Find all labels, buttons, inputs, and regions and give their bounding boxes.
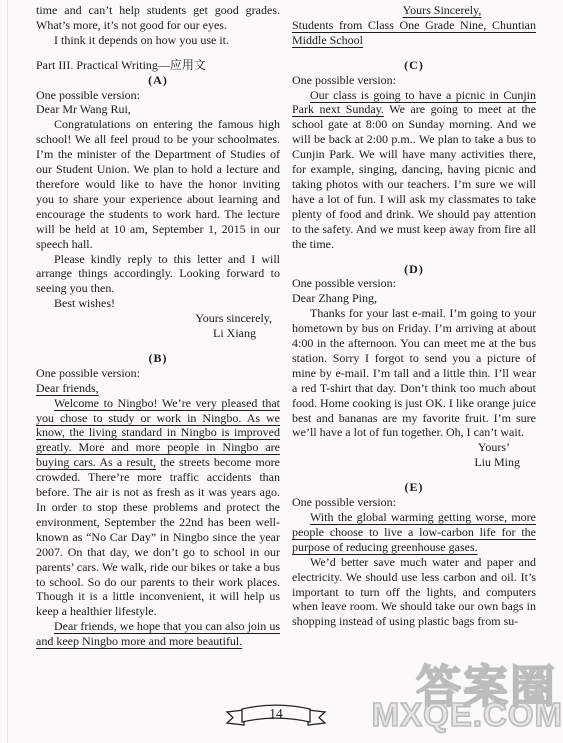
text-line: One possible version:	[36, 366, 280, 381]
text-run: Liu Ming	[474, 455, 520, 469]
underlined-text: With the global warming getting worse, m…	[292, 510, 536, 554]
text-run: One possible version:	[292, 73, 396, 87]
signature-line: Li Xiang	[36, 326, 280, 341]
text-run: the streets become more crowded. There’r…	[36, 455, 280, 618]
scanned-page: time and can’t help students get good gr…	[0, 0, 563, 743]
body-paragraph: Welcome to Ningbo! We’re very pleased th…	[36, 396, 280, 620]
text-run: Dear Mr Wang Rui,	[36, 102, 131, 116]
text-run: I think it depends on how you use it.	[54, 33, 229, 47]
text-run: Li Xiang	[213, 326, 256, 340]
text-run: Best wishes!	[54, 296, 115, 310]
page-number: 14	[224, 706, 328, 722]
text-run: One possible version:	[36, 88, 140, 102]
text-line: One possible version:	[292, 276, 536, 291]
text-run: Congratulations on entering the famous h…	[36, 117, 280, 250]
underlined-text: Yours Sincerely,	[403, 3, 482, 17]
text-run: One possible version:	[36, 366, 140, 380]
section-heading: (E)	[292, 480, 536, 495]
underlined-text: Dear friends, we hope that you can also …	[36, 619, 280, 648]
text-run: (C)	[404, 58, 424, 72]
text-run: (B)	[149, 351, 168, 365]
body-paragraph: time and can’t help students get good gr…	[36, 3, 280, 33]
text-line: One possible version:	[292, 495, 536, 510]
watermark-cn-text: 答案圈	[416, 650, 557, 715]
section-heading: (B)	[36, 351, 280, 366]
signature-line: Liu Ming	[292, 455, 536, 470]
text-line: One possible version:	[292, 73, 536, 88]
text-line: Dear Mr Wang Rui,	[36, 102, 280, 117]
page-number-banner: 14	[224, 701, 328, 731]
text-run: One possible version:	[292, 495, 396, 509]
body-paragraph: Congratulations on entering the famous h…	[36, 117, 280, 251]
part-heading: Part III. Practical Writing—应用文	[36, 58, 280, 73]
text-run: Thanks for your last e-mail. I’m going t…	[292, 306, 536, 439]
body-paragraph: I think it depends on how you use it.	[36, 33, 280, 48]
text-run: Yours sincerely,	[195, 311, 272, 325]
watermark-site-text: MXQE.COM	[372, 696, 563, 734]
text-line: One possible version:	[36, 88, 280, 103]
text-line: Dear friends,	[36, 381, 280, 396]
body-paragraph: Best wishes!	[36, 296, 280, 311]
section-heading: (C)	[292, 58, 536, 73]
text-run: One possible version:	[292, 276, 396, 290]
text-run: (E)	[405, 480, 424, 494]
body-paragraph: Dear friends, we hope that you can also …	[36, 619, 280, 649]
left-column: time and can’t help students get good gr…	[36, 3, 280, 649]
signature-line: Yours’	[292, 440, 536, 455]
text-run: time and can’t help students get good gr…	[36, 3, 280, 32]
section-heading: (A)	[36, 73, 280, 88]
signature-line: Yours sincerely,	[36, 311, 280, 326]
signature-line: Yours Sincerely,	[292, 3, 536, 18]
text-run: Part III. Practical Writing—应用文	[36, 58, 206, 72]
underlined-text: Dear friends,	[36, 381, 99, 395]
section-heading: (D)	[292, 262, 536, 277]
text-run: Yours’	[478, 440, 510, 454]
body-paragraph: We’d better save much water and paper an…	[292, 555, 536, 630]
text-run: We are going to meet at the school gate …	[292, 102, 536, 250]
text-run: (D)	[404, 262, 424, 276]
body-paragraph: With the global warming getting worse, m…	[292, 510, 536, 555]
right-column: Yours Sincerely,Students from Class One …	[292, 3, 536, 629]
text-run: (A)	[148, 73, 168, 87]
body-paragraph: Our class is going to have a picnic in C…	[292, 88, 536, 252]
scan-edge-line	[7, 0, 8, 743]
body-paragraph: Students from Class One Grade Nine, Chun…	[292, 18, 536, 48]
underlined-text: Students from Class One Grade Nine, Chun…	[292, 18, 536, 47]
body-paragraph: Thanks for your last e-mail. I’m going t…	[292, 306, 536, 440]
text-run: Please kindly reply to this letter and I…	[36, 252, 280, 296]
text-line: Dear Zhang Ping,	[292, 291, 536, 306]
body-paragraph: Please kindly reply to this letter and I…	[36, 252, 280, 297]
text-run: We’d better save much water and paper an…	[292, 555, 536, 629]
text-run: Dear Zhang Ping,	[292, 291, 377, 305]
